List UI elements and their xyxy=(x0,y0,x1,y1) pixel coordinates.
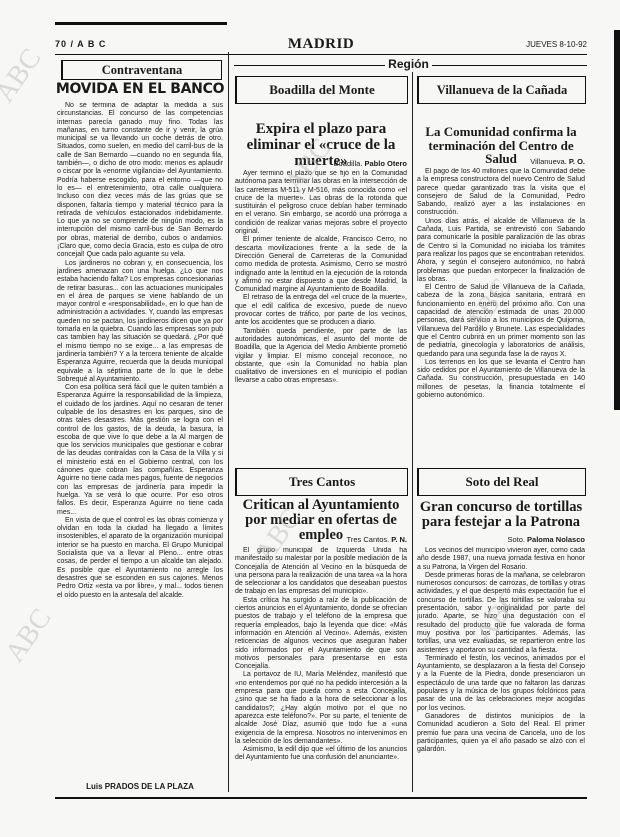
column-headline: MOVIDA EN EL BANCO xyxy=(55,82,225,97)
article-body: El grupo municipal de Izquierda Unida ha… xyxy=(235,547,407,792)
page-header: 70 / A B C MADRID JUEVES 8-10-92 xyxy=(55,36,587,55)
paragraph: Los jardineros no cobran y, en consecuen… xyxy=(57,260,223,384)
scan-edge xyxy=(614,30,620,410)
paragraph: No se termina de adaptar la medida a sus… xyxy=(57,102,223,260)
paragraph: La portavoz de IU, María Meléndez, manif… xyxy=(235,671,407,746)
paragraph: Con esa política será fácil que le quite… xyxy=(57,384,223,517)
abc-watermark: ABC xyxy=(0,603,58,669)
article-body: Ayer terminó el plazo que se fijó en la … xyxy=(235,170,407,438)
paragraph: El primer teniente de alcalde, Francisco… xyxy=(235,236,407,294)
location-label: Villanueva de la Cañada xyxy=(437,83,567,97)
location-box-villanueva: Villanueva de la Cañada xyxy=(417,76,586,104)
column-body: No se termina de adaptar la medida a sus… xyxy=(57,102,223,762)
bottom-rule xyxy=(55,797,587,799)
section-title: MADRID xyxy=(55,36,587,53)
location-label: Soto del Real xyxy=(466,474,539,489)
location-label: Tres Cantos xyxy=(289,474,355,489)
article-byline: Soto. Paloma Nolasco xyxy=(417,535,585,544)
column-divider xyxy=(412,72,413,792)
location-box-soto-del-real: Soto del Real xyxy=(417,468,586,496)
paragraph: Esta crítica ha surgido a raíz de la pub… xyxy=(235,597,407,672)
top-rule xyxy=(55,22,227,25)
location-box-boadilla: Boadilla del Monte xyxy=(235,76,408,104)
issue-date: JUEVES 8-10-92 xyxy=(526,40,587,49)
paragraph: También queda pendiente, por parte de la… xyxy=(235,328,407,386)
article-headline: Gran concurso de tortillas para festejar… xyxy=(415,500,587,530)
region-heading: Región xyxy=(230,58,587,72)
paragraph: Los terrenos en los que se levanta el Ce… xyxy=(417,359,585,400)
article-byline: Villanueva. P. O. xyxy=(417,157,585,166)
location-box-tres-cantos: Tres Cantos xyxy=(235,468,408,496)
column-divider xyxy=(228,52,229,792)
region-label: Región xyxy=(230,57,587,71)
paragraph: En vista de que el control es las obras … xyxy=(57,517,223,600)
paragraph: El retraso de la entrega del «el cruce d… xyxy=(235,294,407,327)
paragraph: Terminado el festín, los vecinos, animad… xyxy=(417,655,585,713)
paragraph: El pago de los 40 millones que la Comuni… xyxy=(417,168,585,218)
paragraph: Unos días atrás, el alcalde de Villanuev… xyxy=(417,218,585,284)
section-box-contraventana: Contraventana xyxy=(61,60,222,80)
column-signature: Luis PRADOS DE LA PLAZA xyxy=(55,782,225,791)
paragraph: Ganadores de distintos municipios de la … xyxy=(417,713,585,754)
abc-watermark: ABC xyxy=(0,43,48,109)
section-box-label: Contraventana xyxy=(102,63,183,77)
paragraph: Asimismo, la edil dijo que «el último de… xyxy=(235,746,407,763)
paragraph: Los vecinos del municipio vivieron ayer,… xyxy=(417,547,585,572)
location-label: Boadilla del Monte xyxy=(269,82,374,97)
paragraph: Ayer terminó el plazo que se fijó en la … xyxy=(235,170,407,236)
